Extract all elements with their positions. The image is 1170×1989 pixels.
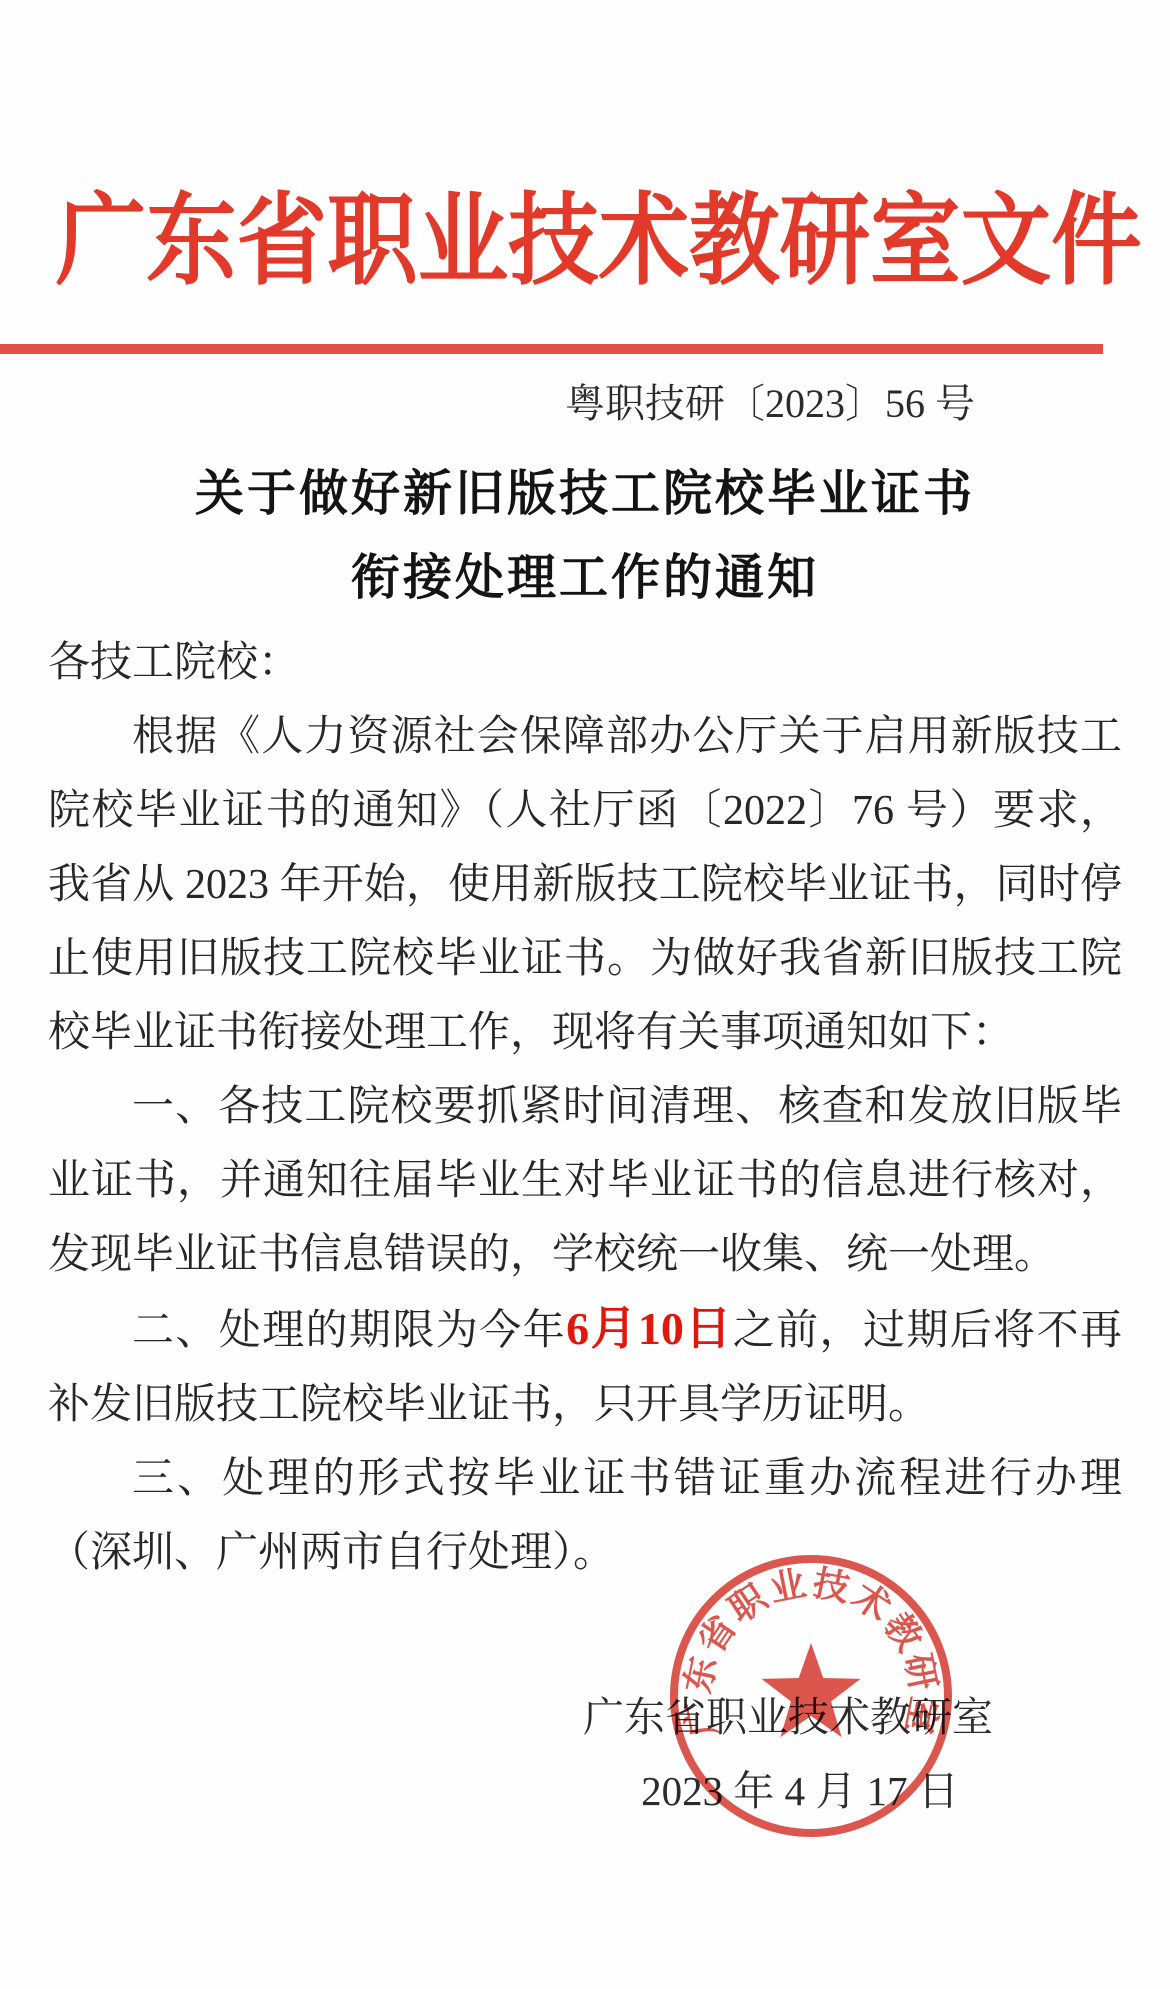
deadline-date-highlight: 6月10日 [566,1303,733,1354]
red-divider-rule [0,344,1103,354]
paragraph-basis: 根据《人力资源社会保障部办公厅关于启用新版技工院校毕业证书的通知》（人社厅函〔2… [48,700,1122,1070]
document-number: 粤职技研〔2023〕56 号 [185,382,1170,426]
paragraph-item-2: 二、处理的期限为今年6月10日之前，过期后将不再补发旧版技工院校毕业证书，只开具… [48,1292,1122,1442]
seal-star [762,1643,861,1737]
document-title-line1: 关于做好新旧版技工院校毕业证书 [0,452,1170,536]
document-title-line2: 衔接处理工作的通知 [0,536,1170,620]
paragraph-item-3: 三、处理的形式按毕业证书错证重办流程进行办理（深圳、广州两市自行处理）。 [48,1442,1122,1590]
paragraph-item-1: 一、各技工院校要抓紧时间清理、核查和发放旧版毕业证书，并通知往届毕业生对毕业证书… [48,1070,1122,1292]
document-page: 广东省职业技术教研室文件 粤职技研〔2023〕56 号 关于做好新旧版技工院校毕… [0,0,1170,1989]
letterhead-title: 广东省职业技术教研室文件 [56,186,1115,298]
salutation: 各技工院校： [48,626,1122,700]
document-body: 各技工院校： 根据《人力资源社会保障部办公厅关于启用新版技工院校毕业证书的通知》… [48,626,1122,1590]
official-round-seal: 广东省职业技术教研室 [665,1550,957,1842]
paragraph-item-2-before: 二、处理的期限为今年 [132,1308,566,1354]
document-title: 关于做好新旧版技工院校毕业证书 衔接处理工作的通知 [0,452,1170,620]
